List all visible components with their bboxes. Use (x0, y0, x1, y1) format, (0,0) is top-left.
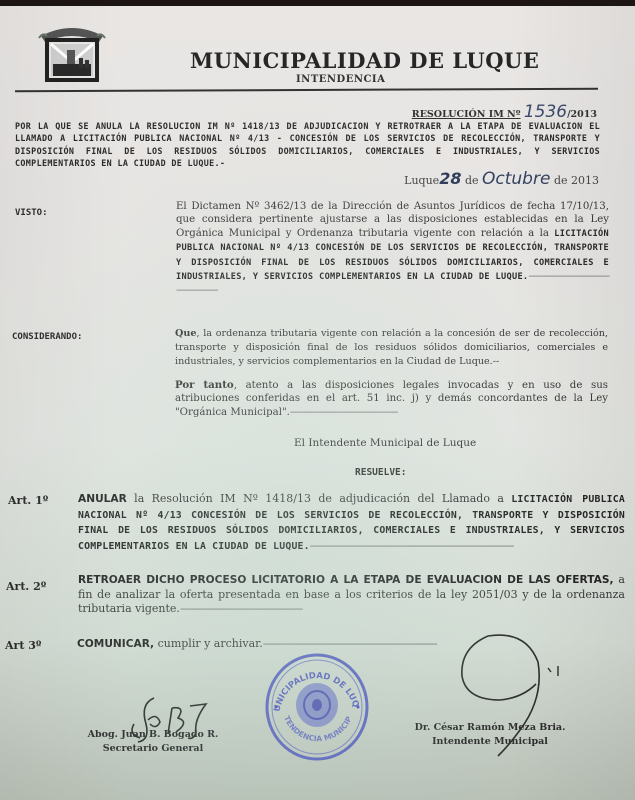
que-text: , la ordenanza tributaria vigente con re… (175, 328, 608, 367)
article-1-body: la Resolución IM Nº 1418/13 de adjudicac… (127, 492, 512, 505)
considerando-por-tanto: Por tanto, atento a las disposiciones le… (175, 379, 608, 419)
document-page: MUNICIPALIDAD DE LUQUE INTENDENCIA RESOL… (0, 6, 635, 800)
resuelve-heading: RESUELVE: (355, 467, 406, 478)
article-1-text: ANULAR la Resolución IM Nº 1418/13 de ad… (78, 492, 625, 554)
portanto-bold: Por tanto (175, 379, 234, 391)
date-place: Luque (404, 174, 439, 187)
date-year: 2013 (571, 174, 599, 187)
dash-trail: ----------------------------------------… (290, 407, 397, 418)
dash-trail: ----------------------------------------… (310, 539, 514, 552)
article-3-lead: COMUNICAR, (77, 638, 154, 650)
mayor-name: Dr. César Ramón Meza Bria. (395, 721, 585, 735)
considerando-label: CONSIDERANDO: (12, 332, 82, 342)
article-2-label: Art. 2º (6, 580, 46, 593)
mayor-signature-block: Dr. César Ramón Meza Bria. Intendente Mu… (395, 721, 585, 749)
article-1-label: Art. 1º (8, 494, 48, 507)
secretary-role: Secretario General (78, 742, 228, 756)
que-bold: Que (175, 328, 196, 339)
municipal-seal-stamp-icon: MUNICIPALIDAD DE LUQUE INTENDENCIA MUNIC… (262, 651, 372, 761)
article-1-lead: ANULAR (78, 493, 127, 505)
visto-text: El Dictamen Nº 3462/13 de la Dirección d… (176, 200, 609, 298)
dash-trail: ----------------------------------------… (180, 602, 302, 615)
secretary-name: Abog. Juan B. Bogado R. (78, 728, 228, 742)
authority-line: El Intendente Municipal de Luque (294, 437, 476, 449)
page-title: MUNICIPALIDAD DE LUQUE (190, 48, 539, 73)
resolution-subject: POR LA QUE SE ANULA LA RESOLUCION IM Nº … (15, 120, 600, 169)
date-de: de (465, 174, 479, 187)
dash-trail: ----------------------------------------… (263, 637, 437, 650)
municipal-coat-of-arms-icon (37, 22, 107, 82)
date-day-handwritten: 28 (439, 169, 461, 188)
mayor-role: Intendente Municipal (395, 735, 585, 749)
date-line: Luque28 de Octubre de 2013 (404, 169, 599, 189)
article-2-text: RETROAER DICHO PROCESO LICITATORIO A LA … (78, 573, 625, 617)
secretary-signature-block: Abog. Juan B. Bogado R. Secretario Gener… (78, 728, 228, 756)
header-divider (15, 88, 598, 93)
article-3-label: Art 3º (5, 639, 41, 652)
considerando-que: Que, la ordenanza tributaria vigente con… (175, 327, 608, 369)
page-subtitle: INTENDENCIA (296, 74, 385, 85)
date-month-handwritten: Octubre (482, 169, 550, 189)
resolution-year: /2013 (567, 109, 597, 120)
resolution-label: RESOLUCIÓN IM Nº (412, 109, 521, 120)
article-2-lead: RETROAER DICHO PROCESO LICITATORIO A LA … (78, 574, 613, 586)
visto-plain: El Dictamen Nº 3462/13 de la Dirección d… (176, 201, 609, 239)
resolution-number-handwritten: 1536 (524, 102, 567, 122)
date-de: de (554, 174, 568, 187)
resolution-number: RESOLUCIÓN IM Nº 1536/2013 (412, 102, 597, 122)
article-3-body: cumplir y archivar. (154, 637, 263, 650)
visto-label: VISTO: (15, 208, 48, 218)
